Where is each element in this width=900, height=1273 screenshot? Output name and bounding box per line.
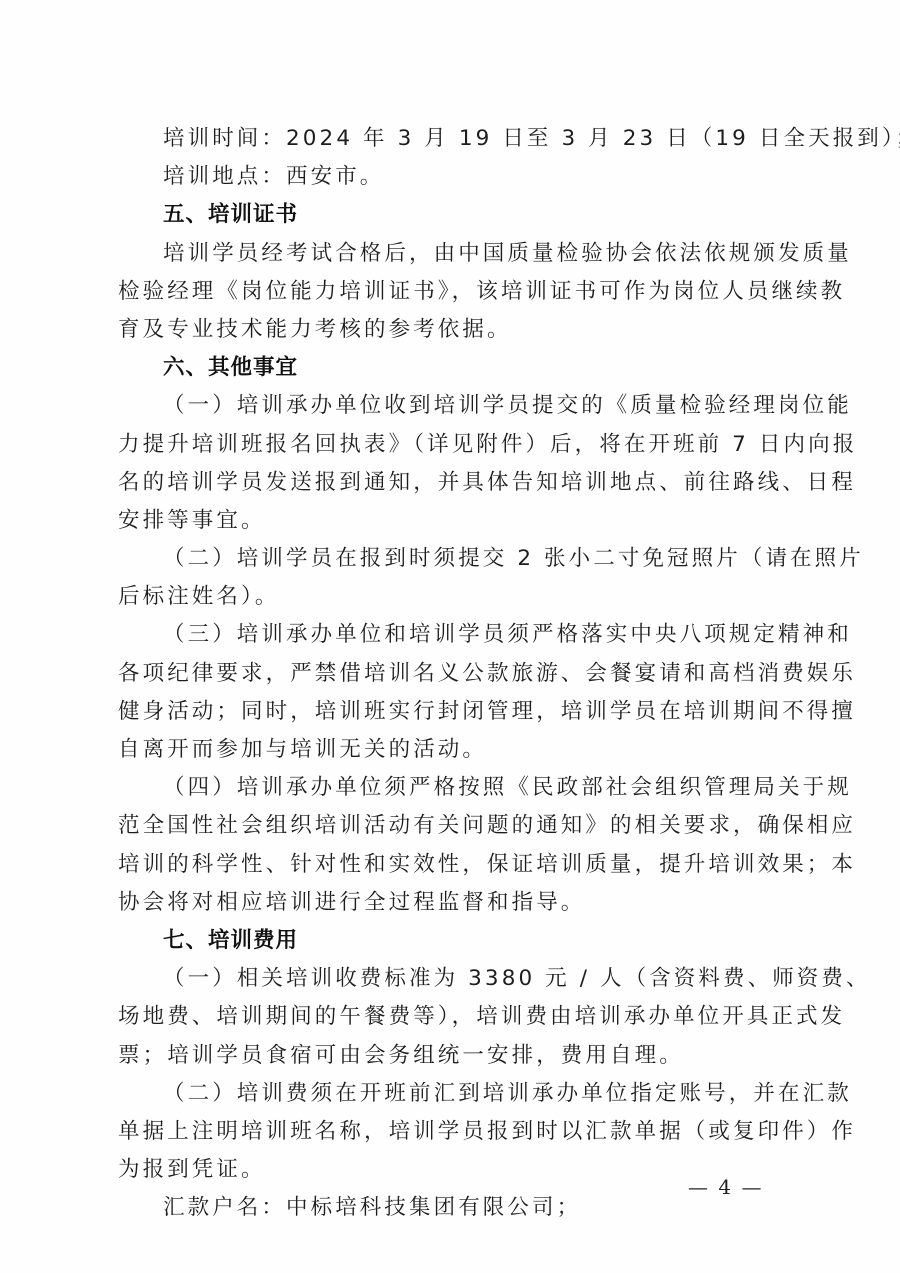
paragraph-line: 安排等事宜。 — [118, 502, 794, 540]
paragraph-line: 健身活动；同时，培训班实行封闭管理，培训学员在培训期间不得擅 — [118, 693, 794, 731]
paragraph-line: 协会将对相应培训进行全过程监督和指导。 — [118, 884, 794, 922]
paragraph-line: （二）培训学员在报到时须提交 2 张小二寸免冠照片（请在照片 — [118, 540, 794, 578]
section-heading-other-matters: 六、其他事宜 — [118, 349, 794, 387]
paragraph-line: （一）相关培训收费标准为 3380 元 / 人（含资料费、师资费、 — [118, 960, 794, 998]
document-body: 培训时间：2024 年 3 月 19 日至 3 月 23 日（19 日全天报到）… — [118, 120, 794, 1227]
paragraph-line: （一）培训承办单位收到培训学员提交的《质量检验经理岗位能 — [118, 387, 794, 425]
section-heading-training-fees: 七、培训费用 — [118, 922, 794, 960]
paragraph-line: 培训学员经考试合格后，由中国质量检验协会依法依规颁发质量 — [118, 235, 794, 273]
paragraph-line: 单据上注明培训班名称，培训学员报到时以汇款单据（或复印件）作 — [118, 1113, 794, 1151]
page-number: — 4 — — [688, 1175, 763, 1199]
paragraph-line: （四）培训承办单位须严格按照《民政部社会组织管理局关于规 — [118, 769, 794, 807]
paragraph-line: 育及专业技术能力考核的参考依据。 — [118, 311, 794, 349]
section-heading-certificate: 五、培训证书 — [118, 196, 794, 234]
paragraph-line: 后标注姓名）。 — [118, 578, 794, 616]
paragraph-line: （三）培训承办单位和培训学员须严格落实中央八项规定精神和 — [118, 616, 794, 654]
paragraph-line: 范全国性社会组织培训活动有关问题的通知》的相关要求，确保相应 — [118, 807, 794, 845]
document-page: 培训时间：2024 年 3 月 19 日至 3 月 23 日（19 日全天报到）… — [0, 0, 900, 1273]
paragraph-line: 各项纪律要求，严禁借培训名义公款旅游、会餐宴请和高档消费娱乐 — [118, 655, 794, 693]
training-location-line: 培训地点：西安市。 — [118, 158, 794, 196]
paragraph-line: 票；培训学员食宿可由会务组统一安排，费用自理。 — [118, 1037, 794, 1075]
paragraph-line: 力提升培训班报名回执表》（详见附件）后，将在开班前 7 日内向报 — [118, 426, 794, 464]
paragraph-line: 自离开而参加与培训无关的活动。 — [118, 731, 794, 769]
paragraph-line: 培训的科学性、针对性和实效性，保证培训质量，提升培训效果；本 — [118, 846, 794, 884]
paragraph-line: 名的培训学员发送报到通知，并具体告知培训地点、前往路线、日程 — [118, 464, 794, 502]
training-time-line: 培训时间：2024 年 3 月 19 日至 3 月 23 日（19 日全天报到）… — [118, 120, 794, 158]
paragraph-line: 场地费、培训期间的午餐费等），培训费由培训承办单位开具正式发 — [118, 998, 794, 1036]
paragraph-line: 检验经理《岗位能力培训证书》，该培训证书可作为岗位人员继续教 — [118, 273, 794, 311]
paragraph-line: （二）培训费须在开班前汇到培训承办单位指定账号，并在汇款 — [118, 1075, 794, 1113]
